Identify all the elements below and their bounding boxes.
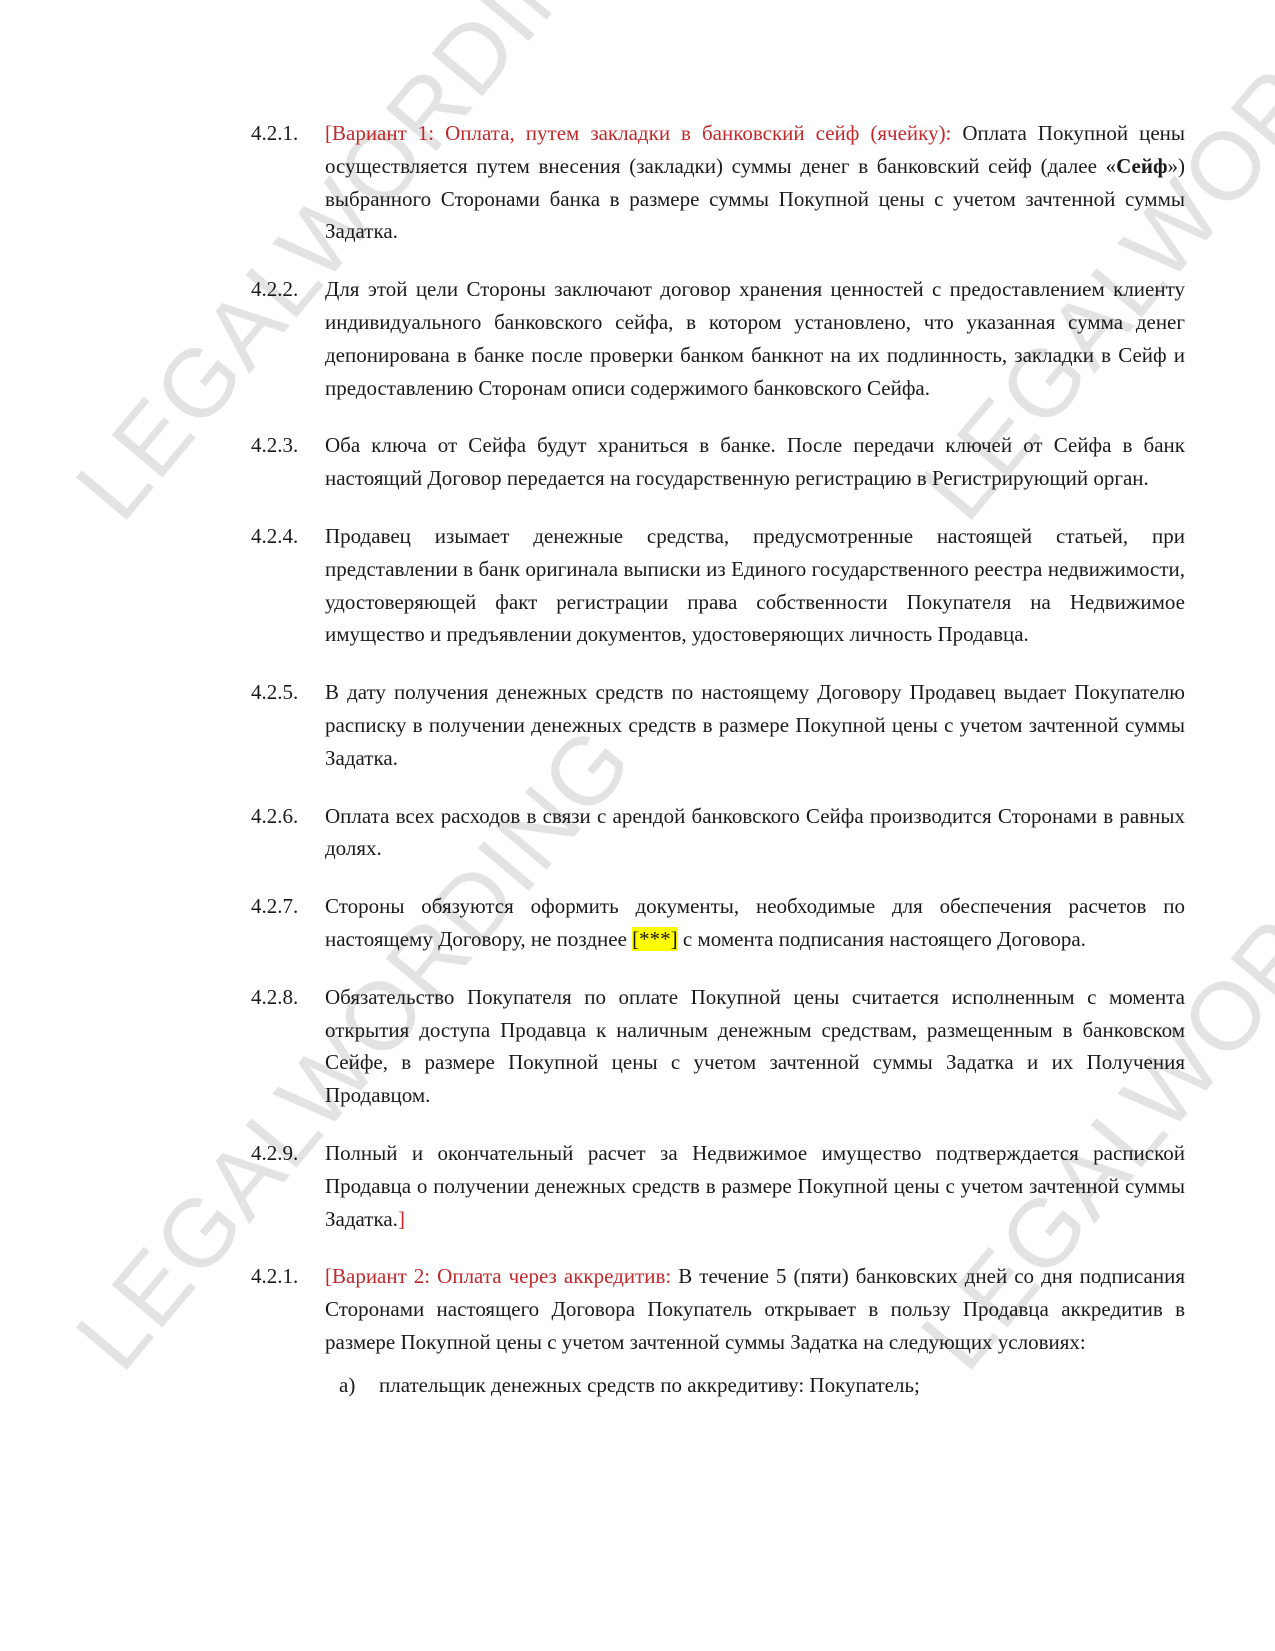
clause-number: 4.2.3. [251,429,325,495]
clause-number: 4.2.9. [251,1137,325,1235]
clause-text: Обязательство Покупателя по оплате Покуп… [325,981,1185,1112]
variant-label: [Вариант 1: Оплата, путем закладки в бан… [325,121,951,145]
clause-4-2-2: 4.2.2. Для этой цели Стороны заключают д… [251,273,1185,404]
clause-number: 4.2.6. [251,800,325,866]
clause-4-2-9: 4.2.9. Полный и окончательный расчет за … [251,1137,1185,1235]
clause-4-2-1-variant-1: 4.2.1. [Вариант 1: Оплата, путем закладк… [251,117,1185,248]
clause-number: 4.2.2. [251,273,325,404]
subitem-a: а) плательщик денежных средств по аккред… [339,1369,1185,1402]
document-body: 4.2.1. [Вариант 1: Оплата, путем закладк… [251,117,1185,1402]
clause-text: Полный и окончательный расчет за Недвижи… [325,1137,1185,1235]
subitem-marker: а) [339,1369,379,1402]
clause-4-2-8: 4.2.8. Обязательство Покупателя по оплат… [251,981,1185,1112]
clause-number: 4.2.4. [251,520,325,651]
text-segment: Полный и окончательный расчет за Недвижи… [325,1141,1185,1231]
clause-text: В дату получения денежных средств по нас… [325,676,1185,774]
variant-label: [Вариант 2: Оплата через аккредитив: [325,1264,671,1288]
variant-closing-bracket: ] [398,1207,405,1231]
clause-4-2-6: 4.2.6. Оплата всех расходов в связи с ар… [251,800,1185,866]
clause-number: 4.2.1. [251,117,325,248]
clause-number: 4.2.7. [251,890,325,956]
clause-4-2-1-variant-2: 4.2.1. [Вариант 2: Оплата через аккредит… [251,1260,1185,1358]
clause-text: Стороны обязуются оформить документы, не… [325,890,1185,956]
clause-text: Оба ключа от Сейфа будут храниться в бан… [325,429,1185,495]
text-segment: с момента подписания настоящего Договора… [678,927,1086,951]
clause-4-2-4: 4.2.4. Продавец изымает денежные средств… [251,520,1185,651]
clause-text: [Вариант 2: Оплата через аккредитив: В т… [325,1260,1185,1358]
clause-text: Для этой цели Стороны заключают договор … [325,273,1185,404]
clause-4-2-5: 4.2.5. В дату получения денежных средств… [251,676,1185,774]
clause-text: Оплата всех расходов в связи с арендой б… [325,800,1185,866]
clause-text: Продавец изымает денежные средства, пред… [325,520,1185,651]
subitem-text: плательщик денежных средств по аккредити… [379,1369,1185,1402]
placeholder-highlight: [***] [632,927,678,951]
document-page: LEGALWORDING LEGALWORDING LEGALWORDING L… [0,0,1275,1651]
clause-number: 4.2.5. [251,676,325,774]
clause-number: 4.2.1. [251,1260,325,1358]
clause-number: 4.2.8. [251,981,325,1112]
clause-4-2-7: 4.2.7. Стороны обязуются оформить докуме… [251,890,1185,956]
clause-text: [Вариант 1: Оплата, путем закладки в бан… [325,117,1185,248]
clause-4-2-3: 4.2.3. Оба ключа от Сейфа будут хранитьс… [251,429,1185,495]
defined-term: Сейф [1116,154,1167,178]
